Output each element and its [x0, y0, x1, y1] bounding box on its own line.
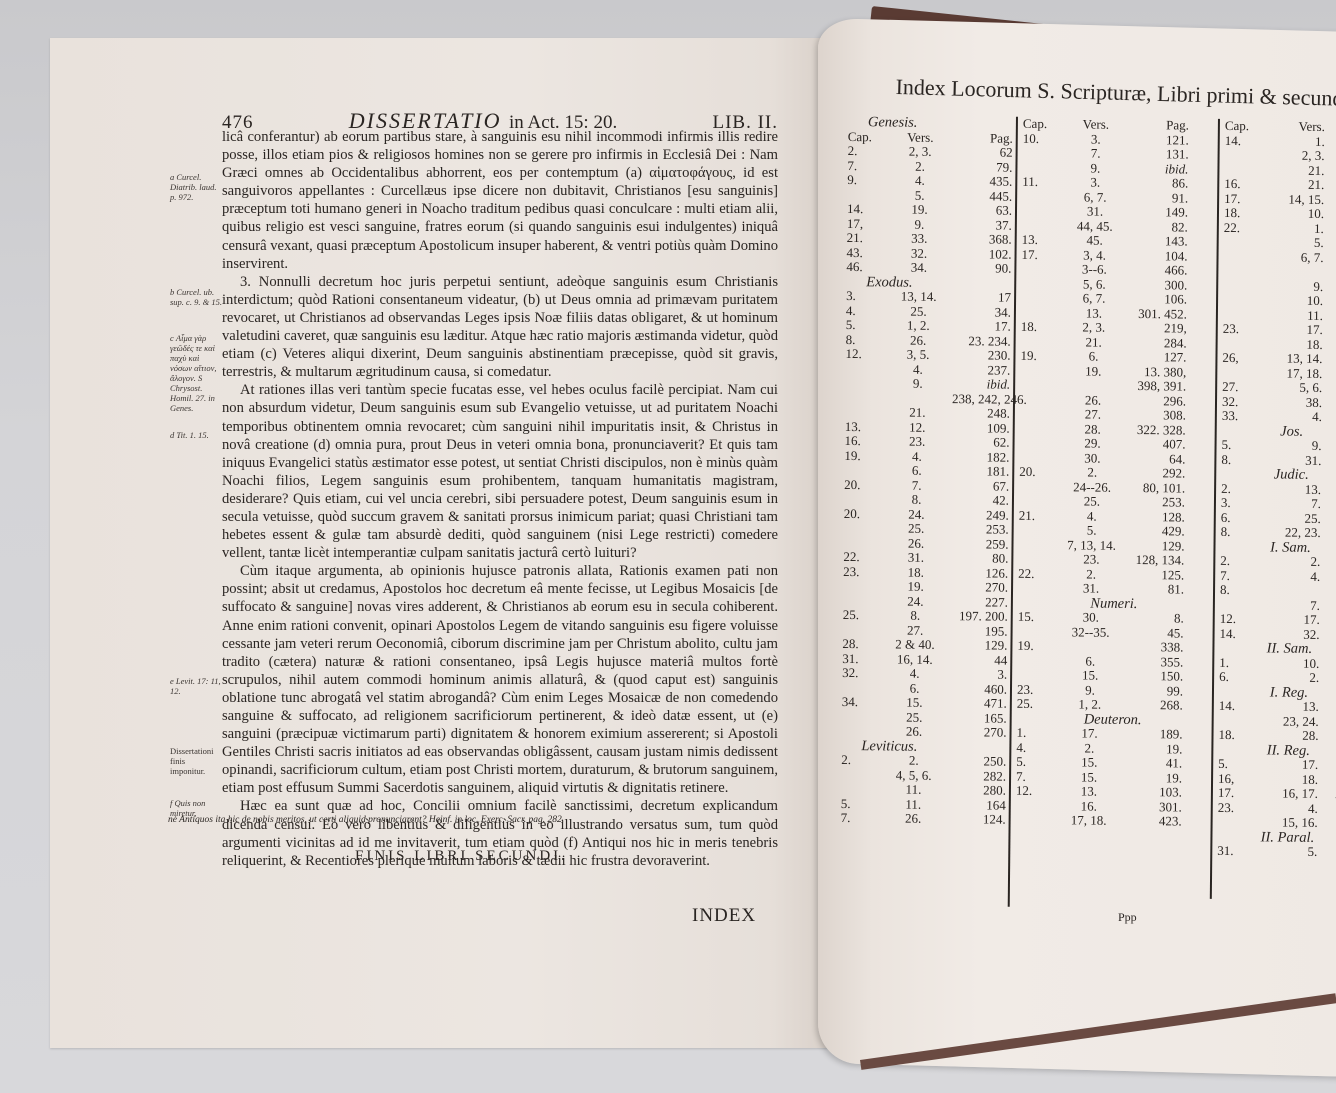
pag-cell: 219, [1129, 321, 1187, 336]
book-heading: II. Paral. [1217, 829, 1336, 845]
pag-cell: 301. [1124, 799, 1182, 814]
pag-cell: 296, [1318, 787, 1336, 802]
pag-cell: 230. [953, 348, 1011, 363]
vers-cell: 11. [1263, 308, 1323, 323]
cap-cell: 31. [1217, 844, 1257, 859]
index-row: 33.4. [1222, 409, 1336, 425]
pag-cell [1324, 192, 1336, 207]
pag-cell: 284. [1129, 335, 1187, 350]
vers-cell: 33. [884, 231, 954, 246]
cap-cell [1223, 264, 1263, 279]
paragraph: Cùm itaque argumenta, ab opinionis hujus… [222, 562, 778, 797]
pag-cell: 368. [954, 232, 1012, 247]
vers-cell: 6, 7. [1263, 250, 1323, 265]
index-row: 8. [1220, 583, 1336, 599]
pag-cell [1320, 598, 1336, 613]
pag-cell [1320, 555, 1336, 570]
body-text: licâ conferantur) ab eorum partibus star… [222, 128, 778, 870]
pag-cell: 102. [954, 247, 1012, 262]
cap-cell: 8. [1221, 452, 1261, 467]
index-row: 5.9. [1221, 438, 1336, 454]
pag-cell: 429. [1127, 524, 1185, 539]
pag-cell: ibid. [1130, 161, 1188, 176]
vers-cell: 17. [1263, 322, 1323, 337]
pag-cell [1325, 149, 1336, 164]
vers-cell: Vers. [1061, 117, 1131, 132]
pag-cell: 37. [954, 218, 1012, 233]
cap-cell: 19. [1017, 639, 1055, 654]
pag-cell [1321, 497, 1336, 512]
cap-cell: Cap. [1023, 117, 1061, 132]
index-row: 16,18. [1218, 771, 1336, 787]
pag-cell [1323, 279, 1336, 294]
pag-cell: 308. [1128, 408, 1186, 423]
pag-cell: 104. [1129, 248, 1187, 263]
vers-cell [1058, 378, 1128, 393]
vers-cell: 28. [1258, 728, 1318, 743]
vers-cell: 11. [879, 782, 949, 797]
index-row: 7.26.124. [841, 811, 1006, 827]
pag-cell: 165. [949, 711, 1007, 726]
vers-cell: 1. [1264, 221, 1324, 236]
pag-cell: 423. [1124, 814, 1182, 829]
pag-cell [1319, 700, 1336, 715]
cap-cell [1018, 581, 1056, 596]
pag-cell: Pag. [1131, 118, 1189, 133]
cap-cell [841, 767, 879, 782]
pag-cell: 296. [1128, 393, 1186, 408]
margin-note-a: a Curcel. Diatrib. laud. p. 972. [170, 172, 222, 202]
vers-cell: 26. [878, 811, 948, 826]
pag-cell: 41. [1124, 756, 1182, 771]
vers-cell: 2. [1057, 465, 1127, 480]
cap-cell: 2. [1220, 554, 1260, 569]
pag-cell: 124. [948, 812, 1006, 827]
pag-cell: 2 [1324, 236, 1336, 251]
pag-cell: 371, [1319, 714, 1336, 729]
index-row: 2, 3. [1225, 148, 1336, 164]
cap-cell: 46. [846, 260, 884, 275]
vers-cell: 34. [884, 260, 954, 275]
pag-cell: 64. [1127, 451, 1185, 466]
cap-cell [1019, 479, 1057, 494]
vers-cell: 7. [1261, 496, 1321, 511]
index-row: 3.7. [1221, 496, 1336, 512]
vers-cell: 9. [1263, 279, 1323, 294]
pag-cell: 355. [1125, 654, 1183, 669]
pag-cell: 90. [954, 261, 1012, 276]
pag-cell: 125. [1126, 567, 1184, 582]
pag-cell: 129. [950, 638, 1008, 653]
pag-cell: 460. [949, 682, 1007, 697]
vers-cell: 13, 14. [884, 289, 954, 304]
cap-cell: 19. [844, 448, 882, 463]
pag-cell: 301. 452. [1129, 306, 1187, 321]
index-row: 10. [1223, 293, 1336, 309]
vers-cell: 21. [1264, 163, 1324, 178]
pag-cell [1318, 729, 1336, 744]
cap-cell [1021, 262, 1059, 277]
cap-cell: 21. [1019, 508, 1057, 523]
pag-cell: 259. [951, 537, 1009, 552]
pag-cell: 45. [1126, 625, 1184, 640]
vers-cell: 5, 6. [1262, 380, 1322, 395]
cap-cell [845, 390, 883, 405]
pag-cell: 2 [1324, 178, 1336, 193]
pag-cell: 164 [948, 798, 1006, 813]
cap-cell: 16. [1224, 177, 1264, 192]
pag-cell: 23. 234. [953, 334, 1011, 349]
vers-cell: 3. [1060, 175, 1130, 190]
paragraph: licâ conferantur) ab eorum partibus star… [222, 128, 778, 273]
pag-cell: 238, 242, 246. [952, 392, 1010, 407]
vers-cell: 8. [880, 608, 950, 623]
index-row: 23.4. [1218, 800, 1336, 816]
pag-cell [1319, 656, 1336, 671]
cap-cell: 14. [847, 202, 885, 217]
pag-cell: 127. [1128, 350, 1186, 365]
cap-cell: 25. [1017, 697, 1055, 712]
pag-cell [1324, 163, 1336, 178]
pag-cell: 181. [952, 464, 1010, 479]
pag-cell: 79. [955, 160, 1013, 175]
pag-cell: 471. [949, 696, 1007, 711]
cap-cell [845, 361, 883, 376]
vers-cell: 25. [1057, 494, 1127, 509]
cap-cell [1223, 293, 1263, 308]
vers-cell: 1, 2. [883, 318, 953, 333]
vers-cell: 10. [1264, 206, 1324, 221]
pag-cell: 338. [1125, 640, 1183, 655]
index-row: 18.28. [1218, 728, 1336, 744]
vers-cell: 13, 14. [1262, 351, 1322, 366]
cap-cell [1223, 278, 1263, 293]
cap-cell [1016, 813, 1054, 828]
cap-cell [1022, 204, 1060, 219]
vers-cell: 10. [1259, 656, 1319, 671]
pag-cell [1320, 584, 1336, 599]
cap-cell: 10. [1023, 131, 1061, 146]
cap-cell: 5. [1016, 755, 1054, 770]
cap-cell: 23. [843, 564, 881, 579]
cap-cell: 6. [1219, 670, 1259, 685]
cap-cell [1224, 235, 1264, 250]
vers-cell: 7. [1061, 146, 1131, 161]
pag-cell [1322, 410, 1336, 425]
pag-cell: 322. 328. [1128, 422, 1186, 437]
cap-cell: 8. [1220, 583, 1260, 598]
pag-cell: 128. [1127, 509, 1185, 524]
vers-cell: 15. [1055, 668, 1125, 683]
pag-cell [1321, 482, 1336, 497]
cap-cell [1021, 291, 1059, 306]
vers-cell: 31. [1056, 581, 1126, 596]
pag-cell: Pag. [955, 131, 1013, 146]
book-heading: II. Reg. [1218, 742, 1336, 758]
pag-cell [1323, 250, 1336, 265]
pag-cell: ibid. [952, 377, 1010, 392]
cap-cell: 3. [1221, 496, 1261, 511]
pag-cell: 182. [952, 450, 1010, 465]
pag-cell: 270. [950, 580, 1008, 595]
vers-cell: 6. [1058, 349, 1128, 364]
cap-cell: 12. [1016, 784, 1054, 799]
pag-cell [1319, 671, 1336, 686]
pag-cell: 189. [1124, 727, 1182, 742]
pag-cell: 300. [1129, 277, 1187, 292]
pag-cell [1324, 207, 1336, 222]
cap-cell: 5. [846, 318, 884, 333]
cap-cell: 14. [1225, 133, 1265, 148]
cap-cell [1218, 815, 1258, 830]
vers-cell: 5. [1057, 523, 1127, 538]
index-row: 23.17. [1223, 322, 1336, 338]
vers-cell: 5. [1257, 844, 1317, 859]
vers-cell: 17. [1054, 726, 1124, 741]
cap-cell: 26, [1222, 351, 1262, 366]
cap-cell: 17. [1021, 247, 1059, 262]
vers-cell [1260, 583, 1320, 598]
cap-cell [1018, 537, 1056, 552]
pag-cell [1322, 395, 1336, 410]
cap-cell [844, 463, 882, 478]
vers-cell: 13. [1261, 482, 1321, 497]
cap-cell [1016, 798, 1054, 813]
pag-cell [1323, 265, 1336, 280]
finis-heading: FINIS LIBRI SECUNDI. [355, 848, 568, 865]
vers-cell: 4. [1262, 409, 1322, 424]
index-row: 16.21.2 [1224, 177, 1336, 193]
cap-cell: 8. [1221, 525, 1261, 540]
cap-cell [1020, 392, 1058, 407]
cap-cell: 20. [1019, 465, 1057, 480]
index-row: Cap.Vers. [1225, 119, 1336, 135]
vers-cell: 19. [881, 579, 951, 594]
pag-cell: 62. [952, 435, 1010, 450]
vers-cell: 15, 16. [1258, 815, 1318, 830]
pag-cell [1323, 323, 1336, 338]
pag-cell: 80. [951, 551, 1009, 566]
vers-cell: 2 & 40. [880, 637, 950, 652]
vers-cell: 9. [1261, 438, 1321, 453]
pag-cell [1321, 511, 1336, 526]
cap-cell: 7. [841, 811, 879, 826]
vers-cell: 27. [1058, 407, 1128, 422]
cap-cell [844, 521, 882, 536]
vers-cell: 15. [1054, 755, 1124, 770]
pag-cell: 445. [954, 189, 1012, 204]
cap-cell: 18. [1224, 206, 1264, 221]
cap-cell [843, 579, 881, 594]
cap-cell: 22. [843, 550, 881, 565]
cap-cell: 33. [1222, 409, 1262, 424]
pag-cell: 3. [949, 667, 1007, 682]
vers-cell: 17. [1258, 757, 1318, 772]
vers-cell: 2. [879, 753, 949, 768]
pag-cell [1321, 453, 1336, 468]
cap-cell [1223, 249, 1263, 264]
vers-cell: 22, 23. [1261, 525, 1321, 540]
cap-cell [1017, 668, 1055, 683]
pag-cell: 103. [1124, 785, 1182, 800]
pag-cell: 292. [1127, 466, 1185, 481]
index-row: 17, 18.423. [1016, 813, 1208, 830]
vers-cell: 17. [1260, 612, 1320, 627]
vers-cell: 2. [1260, 554, 1320, 569]
pag-cell: 19. [1124, 741, 1182, 756]
index-row: 15, 16. [1218, 815, 1336, 831]
pag-cell: 197. 200. [950, 609, 1008, 624]
cap-cell [845, 405, 883, 420]
vers-cell: 2, 3. [1059, 320, 1129, 335]
pag-cell [1323, 337, 1336, 352]
pag-cell: 143. [1130, 234, 1188, 249]
catchword: INDEX [692, 905, 756, 927]
margin-note-d: d Tit. 1. 15. [170, 430, 222, 440]
cap-cell: 2. [848, 144, 886, 159]
cap-cell: 12. [845, 347, 883, 362]
pag-cell [1318, 772, 1336, 787]
pag-cell: 67. [951, 479, 1009, 494]
vers-cell: 1. [1265, 134, 1325, 149]
pag-cell: 249. [951, 508, 1009, 523]
cap-cell: 1. [1016, 726, 1054, 741]
pag-cell: 8. [1126, 611, 1184, 626]
index-row: 8.22, 23. [1221, 525, 1336, 541]
pag-cell [1320, 627, 1336, 642]
index-row: 17.16, 17.296, [1218, 786, 1336, 802]
index-row: 6.2. [1219, 670, 1336, 686]
cap-cell: 12. [1220, 612, 1260, 627]
pag-cell: 248. [952, 406, 1010, 421]
vers-cell: 17, 18. [1054, 813, 1124, 828]
cap-cell: 11. [1022, 175, 1060, 190]
pag-cell: 466. [1129, 263, 1187, 278]
pag-cell: 34. [953, 305, 1011, 320]
pag-cell: 237. [953, 363, 1011, 378]
vers-cell: 13. [1259, 699, 1319, 714]
vers-cell: 29. [1057, 436, 1127, 451]
cap-cell: 22. [1224, 220, 1264, 235]
pag-cell: 81. [1126, 582, 1184, 597]
pag-cell: 99. [1125, 683, 1183, 698]
cap-cell: 5. [1218, 757, 1258, 772]
pag-cell: 268. [1125, 698, 1183, 713]
pag-cell: 250. [949, 754, 1007, 769]
vers-cell: 4. [880, 666, 950, 681]
vers-cell [1263, 264, 1323, 279]
cap-cell: 23. [1218, 800, 1258, 815]
vers-cell: 23. [1056, 552, 1126, 567]
pag-cell: 253. [951, 522, 1009, 537]
pag-cell: 407. [1127, 437, 1185, 452]
footnote: nè Antiquos ita hic de nobis meritos, ut… [168, 815, 778, 825]
cap-cell: 21. [847, 231, 885, 246]
vers-cell: 19. [1058, 364, 1128, 379]
pag-cell: 109. [952, 421, 1010, 436]
pag-cell: 86. [1130, 176, 1188, 191]
vers-cell: 31. [881, 550, 951, 565]
cap-cell [1020, 378, 1058, 393]
pag-cell [1318, 801, 1336, 816]
cap-cell: 14. [1220, 626, 1260, 641]
pag-cell: 282. [948, 769, 1006, 784]
pag-cell: 80, 101. [1127, 480, 1185, 495]
margin-note-dissertation-end: Dissertationi finis imponitur. [170, 746, 222, 776]
cap-cell [841, 724, 879, 739]
cap-cell [1023, 146, 1061, 161]
pag-cell: 270. [949, 725, 1007, 740]
cap-cell [1021, 276, 1059, 291]
pag-cell: 42. [951, 493, 1009, 508]
cap-cell [1020, 363, 1058, 378]
vers-cell: 8. [882, 492, 952, 507]
vers-cell: 4. [885, 173, 955, 188]
pag-cell [1323, 294, 1336, 309]
vers-cell: Vers. [1265, 119, 1325, 134]
index-row: 2.2. [1220, 554, 1336, 570]
index-row: 5.2 [1224, 235, 1336, 251]
pag-cell [1321, 526, 1336, 541]
index-row: 14.13. [1219, 699, 1336, 715]
cap-cell: 16. [845, 434, 883, 449]
index-row: 18.10. [1224, 206, 1336, 222]
cap-cell: 28. [842, 637, 880, 652]
vers-cell: 2. [1259, 670, 1319, 685]
vers-cell: 25. [881, 521, 951, 536]
margin-note-c: c Αἷμα γὰρ γεῶδές τε καὶ παχὺ καὶ νόσων … [170, 333, 222, 413]
cap-cell: 19. [1020, 349, 1058, 364]
vers-cell: 19. [885, 202, 955, 217]
pag-cell: 435. [955, 174, 1013, 189]
index-row: 7.4. [1220, 568, 1336, 584]
cap-cell: 22. [1018, 566, 1056, 581]
vers-cell: 6. [882, 463, 952, 478]
pag-cell: 17 [953, 290, 1011, 305]
pag-cell [1323, 308, 1336, 323]
cap-cell [844, 492, 882, 507]
pag-cell: 131. [1131, 147, 1189, 162]
cap-cell: 25. [843, 608, 881, 623]
index-row: 12.17. [1220, 612, 1336, 628]
pag-cell: 150. [1125, 669, 1183, 684]
cap-cell [1020, 421, 1058, 436]
cap-cell: 20. [844, 506, 882, 521]
cap-cell [1017, 653, 1055, 668]
pag-cell [1324, 221, 1336, 236]
cap-cell: 17. [1218, 786, 1258, 801]
pag-cell: 398, 391. [1128, 379, 1186, 394]
index-row [1223, 264, 1336, 280]
cap-cell [845, 376, 883, 391]
vers-cell: 26. [879, 724, 949, 739]
vers-cell: 1, 2. [1055, 697, 1125, 712]
vers-cell: 16, 17. [1258, 786, 1318, 801]
vers-cell: 2, 3. [1265, 148, 1325, 163]
cap-cell [1018, 552, 1056, 567]
index-row: 31.5. [1217, 844, 1336, 860]
cap-cell [841, 782, 879, 797]
vers-cell: 30. [1056, 610, 1126, 625]
vers-cell: 2, 3. [885, 144, 955, 159]
vers-cell: 32--35. [1056, 625, 1126, 640]
cap-cell: 20. [844, 477, 882, 492]
pag-cell [1318, 758, 1336, 773]
pag-cell: 63. [954, 203, 1012, 218]
pag-cell [1325, 134, 1336, 149]
vers-cell: 45. [1060, 233, 1130, 248]
vers-cell: 21. [883, 405, 953, 420]
